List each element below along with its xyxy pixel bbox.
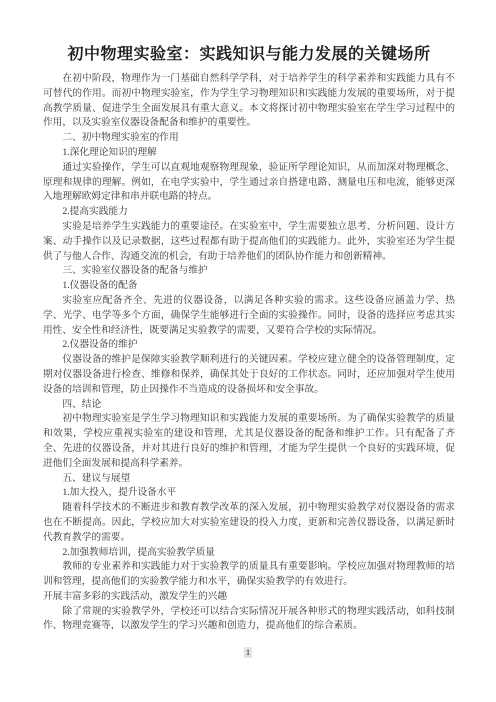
sub-heading: 2.加强教师培训，提高实验教学质量: [43, 546, 455, 561]
paragraph: 仪器设备的维护是保障实验教学顺利进行的关键因素。学校应建立健全的设备管理制度，定…: [43, 353, 455, 397]
section-heading: 二、初中物理实验室的作用: [43, 131, 455, 146]
paragraph: 初中物理实验室是学生学习物理知识和实践能力发展的重要场所。为了确保实验教学的质量…: [43, 412, 455, 471]
paragraph: 在初中阶段，物理作为一门基础自然科学学科，对于培养学生的科学素养和实践能力具有不…: [43, 72, 455, 131]
paragraph: 除了常规的实验教学外，学校还可以结合实际情况开展各种形式的物理实践活动，如科技制…: [43, 605, 455, 635]
page-title: 初中物理实验室：实践知识与能力发展的关键场所: [43, 45, 455, 64]
page-number: 1: [244, 647, 252, 658]
section-heading: 三、实验室仪器设备的配备与维护: [43, 264, 455, 279]
paragraph: 教师的专业素养和实践能力对于实验教学的质量具有重要影响。学校应加强对物理教师的培…: [43, 560, 455, 590]
paragraph: 实验室应配备齐全、先进的仪器设备，以满足各种实验的需求。这些设备应涵盖力学、热学…: [43, 294, 455, 338]
paragraph: 通过实验操作，学生可以直观地观察物理现象，验证所学理论知识，从而加深对物理概念、…: [43, 161, 455, 205]
sub-heading: 1.深化理论知识的理解: [43, 146, 455, 161]
sub-heading: 2.提高实践能力: [43, 205, 455, 220]
paragraph: 实验是培养学生实践能力的重要途径。在实验室中，学生需要独立思考、分析问题、设计方…: [43, 220, 455, 264]
sub-heading: 2.仪器设备的维护: [43, 338, 455, 353]
document-body: 在初中阶段，物理作为一门基础自然科学学科，对于培养学生的科学素养和实践能力具有不…: [43, 72, 455, 634]
flush-heading: 开展丰富多彩的实践活动，激发学生的兴趣: [43, 590, 455, 605]
sub-heading: 1.仪器设备的配备: [43, 279, 455, 294]
sub-heading: 1.加大投入，提升设备水平: [43, 486, 455, 501]
paragraph: 随着科学技术的不断进步和教育教学改革的深入发展，初中物理实验教学对仪器设备的需求…: [43, 501, 455, 545]
document-page: 初中物理实验室：实践知识与能力发展的关键场所 在初中阶段，物理作为一门基础自然科…: [0, 0, 496, 702]
section-heading: 四、结论: [43, 398, 455, 413]
section-heading: 五、建议与展望: [43, 472, 455, 487]
